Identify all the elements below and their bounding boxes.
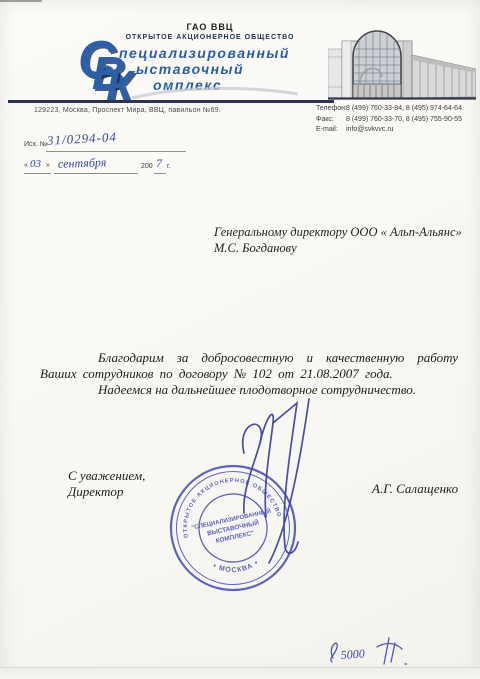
contact-email: E-mail: info@svkvvc.ru xyxy=(316,126,462,133)
handwritten-note: 5000 xyxy=(323,634,418,670)
date-day-underline xyxy=(24,173,51,174)
contact-fax: Факс: 8 (499) 760-33-70, 8 (495) 755-90-… xyxy=(316,116,462,123)
signoff-line2: Директор xyxy=(68,484,145,500)
date-day-handwritten: 03 xyxy=(30,158,41,170)
date-month-underline xyxy=(54,173,138,174)
ref-number-label: Исх. № xyxy=(24,141,47,148)
logo-word-1: пециализированный xyxy=(119,45,290,61)
email-label: E-mail: xyxy=(316,126,346,133)
phone-label: Телефон: xyxy=(316,105,346,112)
director-name: А.Г. Салащенко xyxy=(372,481,458,497)
ref-number-handwritten: 31/0294-04 xyxy=(47,129,118,149)
date-quote-close: » xyxy=(46,162,50,169)
phone-value: 8 (499) 760-33-84, 8 (495) 974-64-64 xyxy=(346,105,462,112)
ref-underline xyxy=(46,151,186,152)
postal-address: 129223, Москва, Проспект Мира, ВВЦ, пави… xyxy=(34,107,221,114)
date-year-underline xyxy=(154,173,166,174)
date-month-handwritten: сентября xyxy=(58,155,107,172)
header-divider xyxy=(8,100,334,103)
addressee-block: Генеральному директору ООО « Альп-Альянс… xyxy=(214,224,462,256)
contact-phone: Телефон: 8 (499) 760-33-84, 8 (495) 974-… xyxy=(316,105,462,112)
signoff-block: С уважением, Директор xyxy=(68,468,145,499)
date-year-handwritten: 7 xyxy=(156,156,162,171)
date-year-printed: 200 xyxy=(141,163,153,170)
body-paragraph-1: Благодарим за добросовестную и качествен… xyxy=(40,350,458,382)
director-signature xyxy=(200,395,330,595)
scan-artifact-top xyxy=(0,0,42,2)
date-year-suffix: г. xyxy=(167,163,171,170)
contact-block: Телефон: 8 (499) 760-33-84, 8 (495) 974-… xyxy=(316,105,462,137)
scanned-letter-page: ГАО ВВЦ ОТКРЫТОЕ АКЦИОНЕРНОЕ ОБЩЕСТВО С … xyxy=(0,0,480,679)
addressee-line2: М.С. Богданову xyxy=(214,240,462,256)
pavilion-illustration xyxy=(328,27,476,103)
logo-word-2: ыставочный xyxy=(136,61,244,77)
letter-body: Благодарим за добросовестную и качествен… xyxy=(40,350,458,397)
signoff-line1: С уважением, xyxy=(68,468,145,484)
handwritten-note-text: 5000 xyxy=(340,646,365,662)
fax-label: Факс: xyxy=(316,116,346,123)
email-value: info@svkvvc.ru xyxy=(346,126,394,133)
addressee-line1: Генеральному директору ООО « Альп-Альянс… xyxy=(214,224,462,240)
date-quote-open: « xyxy=(24,162,28,169)
fax-value: 8 (499) 760-33-70, 8 (495) 755-90-55 xyxy=(346,116,462,123)
scan-bottom-edge xyxy=(0,667,480,679)
